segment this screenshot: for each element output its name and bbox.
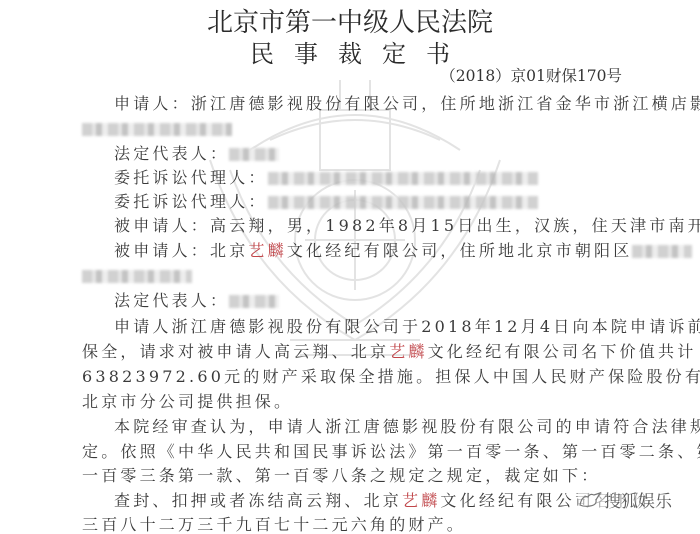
para2-line3: 一百零三条第一款、第一百零八条之规定之规定，裁定如下： bbox=[82, 465, 624, 487]
para1-line1: 申请人浙江唐德影视股份有限公司于2018年12月4日向本院申请诉前财产 bbox=[114, 316, 624, 338]
agent2-label: 委托诉讼代理人： bbox=[114, 192, 268, 211]
para3-line1: 查封、扣押或者冻结高云翔、北京艺麟文化经纪有限公司名下价 bbox=[114, 490, 624, 512]
respondent2-rep-label: 法定代表人： bbox=[114, 291, 229, 310]
respondent2-address-redacted bbox=[82, 265, 624, 287]
para3-line2: 三百八十二万三千九百七十二元六角的财产。 bbox=[82, 514, 624, 534]
sohu-entertainment-watermark: 搜狐娱乐 bbox=[578, 487, 672, 512]
para2-line2: 定。依照《中华人民共和国民事诉讼法》第一百零一条、第一百零二条、第 bbox=[82, 441, 624, 463]
applicant-rep-line: 法定代表人： bbox=[114, 143, 624, 165]
respondent1-label: 被申请人： bbox=[114, 216, 210, 235]
agent1-line: 委托诉讼代理人： bbox=[114, 167, 624, 189]
watermark-text: 搜狐娱乐 bbox=[604, 487, 672, 512]
text-segment: 文化经纪有限公司名下价值共计 bbox=[428, 342, 697, 361]
text-segment: 查封、扣押或者冻结高云翔、北京 bbox=[114, 491, 402, 510]
applicant-line: 申请人：浙江唐德影视股份有限公司，住所地浙江省金华市浙江横店影 bbox=[114, 93, 624, 115]
highlighted-name: 艺麟 bbox=[389, 342, 427, 361]
respondent2-label: 被申请人： bbox=[114, 241, 210, 260]
applicant-rep-label: 法定代表人： bbox=[114, 144, 229, 163]
para2-line1: 本院经审查认为，申请人浙江唐德影视股份有限公司的申请符合法律规 bbox=[114, 416, 624, 438]
respondent2-text: 文化经纪有限公司，住所地北京市朝阳区 bbox=[287, 241, 633, 260]
redacted-block bbox=[82, 270, 192, 283]
redacted-block bbox=[268, 172, 538, 185]
redacted-block bbox=[632, 245, 692, 258]
para1-line2: 保全，请求对被申请人高云翔、北京艺麟文化经纪有限公司名下价值共计 bbox=[82, 341, 624, 363]
sohu-fox-icon bbox=[578, 491, 602, 509]
applicant-text: 浙江唐德影视股份有限公司，住所地浙江省金华市浙江横店影 bbox=[191, 94, 700, 113]
para1-line4: 北京市分公司提供担保。 bbox=[82, 391, 624, 413]
applicant-label: 申请人： bbox=[114, 94, 191, 113]
redacted-block bbox=[229, 148, 279, 161]
redacted-block bbox=[268, 196, 538, 209]
para1-line3: 63823972.60元的财产采取保全措施。担保人中国人民财产保险股份有限公司 bbox=[82, 366, 624, 388]
case-number: （2018）京01财保170号 bbox=[440, 64, 622, 86]
respondent1-text: 高云翔，男，1982年8月15日出生，汉族，住天津市南开区。 bbox=[210, 216, 700, 235]
respondent2-text: 北京 bbox=[210, 241, 248, 260]
redacted-block bbox=[229, 295, 279, 308]
agent1-label: 委托诉讼代理人： bbox=[114, 168, 268, 187]
respondent2-rep-line: 法定代表人： bbox=[114, 290, 624, 312]
agent2-line: 委托诉讼代理人： bbox=[114, 191, 624, 213]
text-segment: 保全，请求对被申请人高云翔、北京 bbox=[82, 342, 389, 361]
highlighted-name: 艺麟 bbox=[248, 241, 286, 260]
highlighted-name: 艺麟 bbox=[402, 491, 440, 510]
redacted-block bbox=[82, 123, 232, 136]
respondent1-line: 被申请人：高云翔，男，1982年8月15日出生，汉族，住天津市南开区。 bbox=[114, 215, 624, 237]
respondent2-line: 被申请人：北京艺麟文化经纪有限公司，住所地北京市朝阳区 bbox=[114, 240, 624, 262]
applicant-address-redacted bbox=[82, 118, 624, 140]
